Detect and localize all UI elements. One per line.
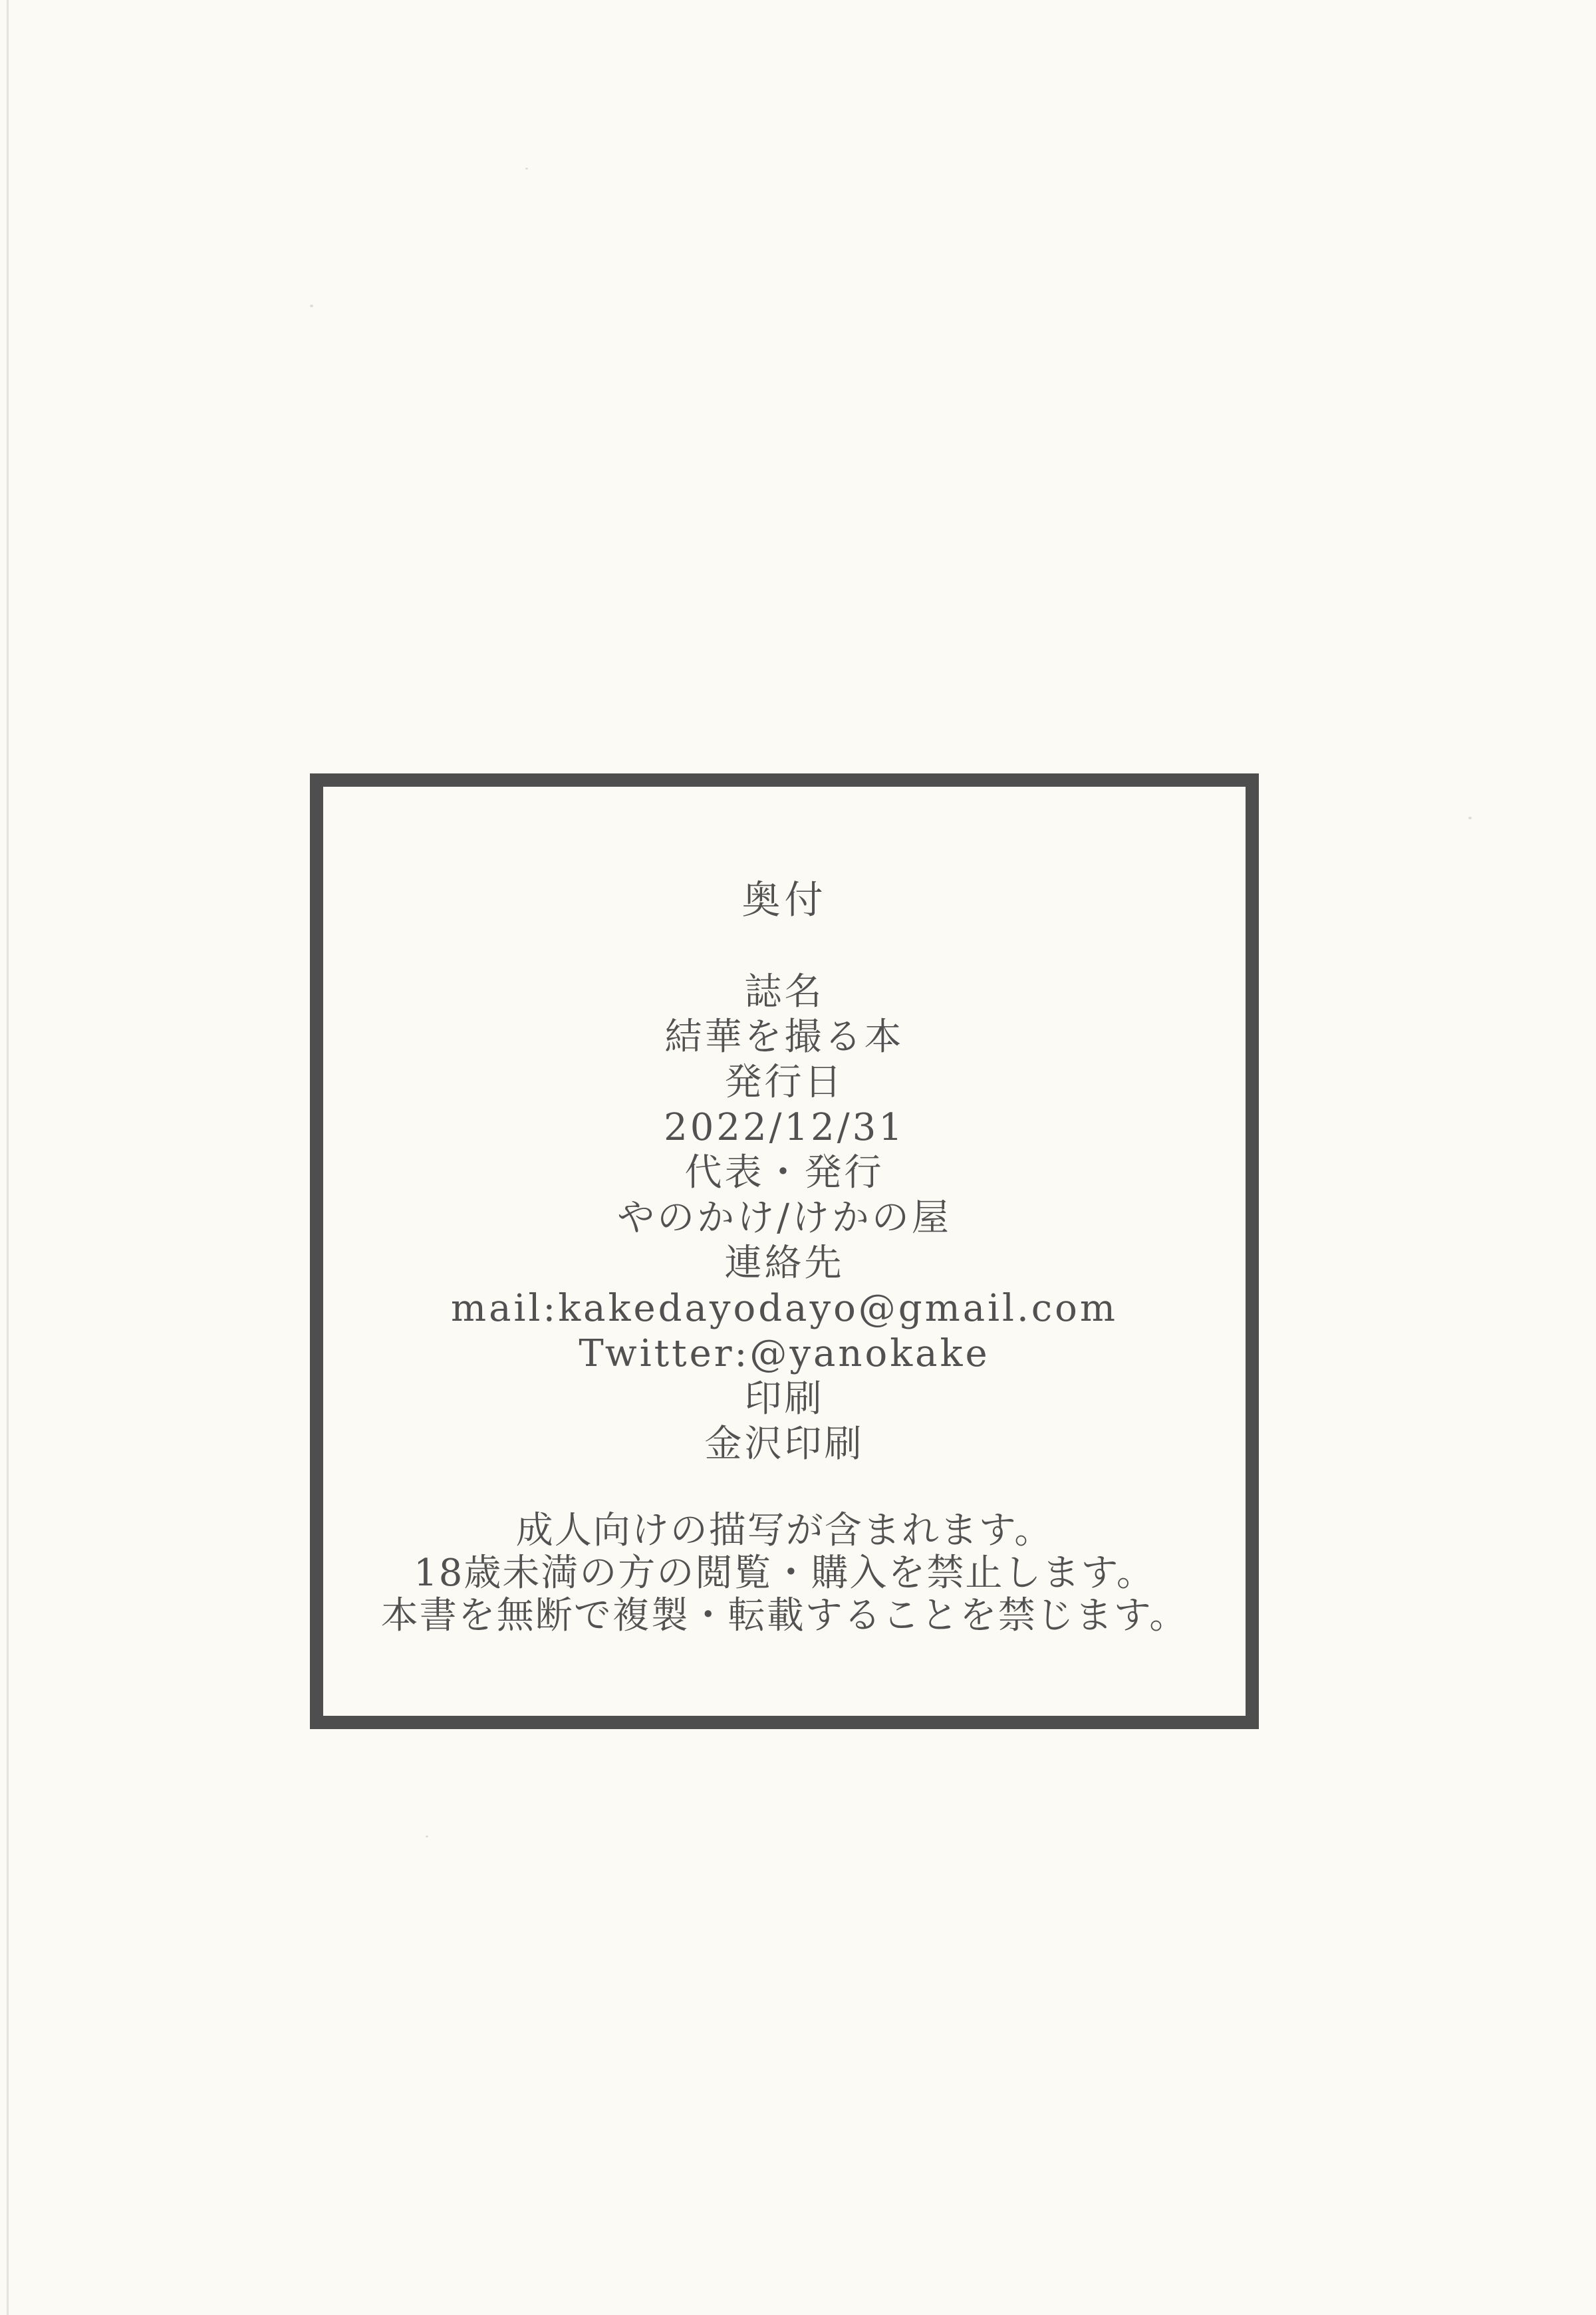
colophon-entry-twitter: Twitter:@yanokake xyxy=(323,1331,1246,1377)
scan-speck xyxy=(426,1836,428,1838)
scan-speck xyxy=(1468,817,1472,819)
scan-speck xyxy=(525,168,528,170)
disclaimer-adult-content: 成人向けの描写が含まれます。 xyxy=(323,1510,1246,1552)
colophon-box: 奥付 誌名 結華を撮る本 発行日 2022/12/31 代表・発行 やのかけ/け… xyxy=(310,773,1259,1729)
disclaimer-block: 成人向けの描写が含まれます。 18歳未満の方の閲覧・購入を禁止します。 本書を無… xyxy=(323,1510,1246,1637)
disclaimer-age-restriction: 18歳未満の方の閲覧・購入を禁止します。 xyxy=(323,1552,1246,1595)
disclaimer-no-reproduction: 本書を無断で複製・転載することを禁じます。 xyxy=(323,1595,1246,1637)
colophon-entry-mail: mail:kakedayodayo@gmail.com xyxy=(323,1286,1246,1331)
colophon-entry-printer-label: 印刷 xyxy=(323,1377,1246,1422)
colophon-entry-contact-label: 連絡先 xyxy=(323,1241,1246,1286)
colophon-entry-issue-date: 2022/12/31 xyxy=(323,1105,1246,1151)
colophon-entry-book-title: 結華を撮る本 xyxy=(323,1015,1246,1060)
colophon-entry-shimei-label: 誌名 xyxy=(323,970,1246,1015)
colophon-content: 奥付 誌名 結華を撮る本 発行日 2022/12/31 代表・発行 やのかけ/け… xyxy=(323,877,1246,1637)
colophon-entry-printer: 金沢印刷 xyxy=(323,1422,1246,1467)
colophon-entry-publisher: やのかけ/けかの屋 xyxy=(323,1196,1246,1241)
colophon-title: 奥付 xyxy=(323,877,1246,923)
scanned-page: 奥付 誌名 結華を撮る本 発行日 2022/12/31 代表・発行 やのかけ/け… xyxy=(0,0,1596,2315)
scan-artifact-line xyxy=(7,0,9,2315)
colophon-entry-publisher-label: 代表・発行 xyxy=(323,1151,1246,1196)
scan-speck xyxy=(310,305,313,307)
colophon-entry-issue-date-label: 発行日 xyxy=(323,1060,1246,1105)
